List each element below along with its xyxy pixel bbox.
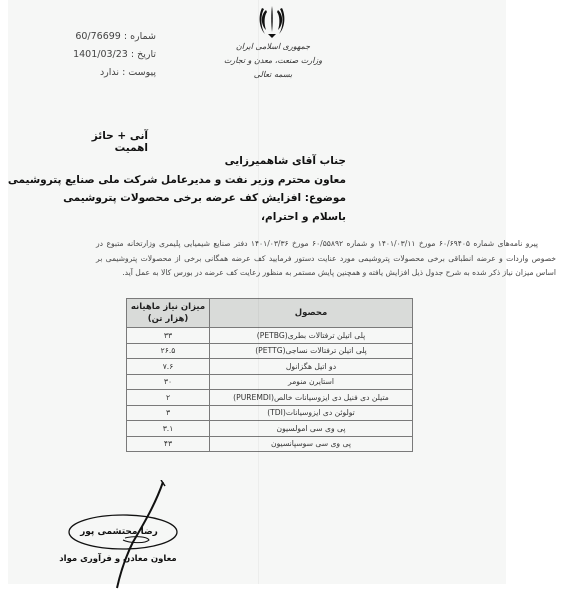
letter-attachment: پیوست : ندارد — [56, 64, 156, 82]
table-row: تولوئن دی ایزوسیانات(TDI) ۳ — [127, 405, 413, 421]
letterhead-line-republic: جمهوری اسلامی ایران — [223, 40, 323, 54]
product-cell: استایرن منومر — [210, 374, 413, 390]
product-cell: پی وی سی سوسپانسیون — [210, 436, 413, 452]
letter-meta: شماره : 60/76699 تاریخ : 1401/03/23 پیوس… — [56, 28, 156, 82]
table-row: پی وی سی سوسپانسیون ۴۳ — [127, 436, 413, 452]
recipient-block: جناب آقای شاهمیرزایی معاون محترم وزیر نف… — [6, 152, 346, 226]
letter-number: شماره : 60/76699 — [56, 28, 156, 46]
letter-body: پیرو نامه‌های شماره ۶۰/۶۹۴۰۵ مورخ ۱۴۰۱/۰… — [96, 237, 556, 281]
urgency-label: آنی + حائز اهمیت — [68, 130, 148, 154]
qty-cell: ۷.۶ — [127, 359, 210, 375]
product-cell: پلی اتیلن ترفتالات نساجی(PETTG) — [210, 343, 413, 359]
product-cell: متیلن دی فنیل دی ایزوسیانات خالص(PUREMDI… — [210, 390, 413, 406]
product-cell: پلی اتیلن ترفتالات بطری(PETBG) — [210, 328, 413, 344]
products-table: محصول میزان نیاز ماهیانه (هزار تن) پلی ا… — [126, 298, 413, 452]
qty-cell: ۳۰ — [127, 374, 210, 390]
table-row: متیلن دی فنیل دی ایزوسیانات خالص(PUREMDI… — [127, 390, 413, 406]
table-row: پلی اتیلن ترفتالات بطری(PETBG) ۳۳ — [127, 328, 413, 344]
subject-line: موضوع: افزایش کف عرضه برخی محصولات پتروش… — [6, 189, 346, 208]
iran-emblem-icon — [258, 4, 286, 38]
letter-date: تاریخ : 1401/03/23 — [56, 46, 156, 64]
header-monthly-need: میزان نیاز ماهیانه (هزار تن) — [127, 299, 210, 328]
table-header-row: محصول میزان نیاز ماهیانه (هزار تن) — [127, 299, 413, 328]
table-row: استایرن منومر ۳۰ — [127, 374, 413, 390]
letterhead-line-bismillah: بسمه تعالی — [223, 68, 323, 82]
qty-cell: ۴۳ — [127, 436, 210, 452]
qty-cell: ۳ — [127, 405, 210, 421]
signatory-title: معاون معادن و فرآوری مواد — [58, 554, 178, 564]
signatory-name: رضا محتشمی پور — [74, 527, 164, 537]
letterhead-line-ministry: وزارت صنعت، معدن و تجارت — [223, 54, 323, 68]
qty-cell: ۲۶.۵ — [127, 343, 210, 359]
letter-page: جمهوری اسلامی ایران وزارت صنعت، معدن و ت… — [8, 0, 506, 584]
greeting: باسلام و احترام، — [6, 208, 346, 227]
letterhead-text: جمهوری اسلامی ایران وزارت صنعت، معدن و ت… — [223, 40, 323, 82]
product-cell: تولوئن دی ایزوسیانات(TDI) — [210, 405, 413, 421]
product-cell: دو اتیل هگزانول — [210, 359, 413, 375]
qty-cell: ۲ — [127, 390, 210, 406]
qty-cell: ۳۳ — [127, 328, 210, 344]
table-row: پلی اتیلن ترفتالات نساجی(PETTG) ۲۶.۵ — [127, 343, 413, 359]
recipient-title: معاون محترم وزیر نفت و مدیرعامل شرکت ملی… — [6, 171, 346, 190]
header-product: محصول — [210, 299, 413, 328]
recipient-name: جناب آقای شاهمیرزایی — [6, 152, 346, 171]
product-cell: پی وی سی امولسیون — [210, 421, 413, 437]
qty-cell: ۳.۱ — [127, 421, 210, 437]
table-row: دو اتیل هگزانول ۷.۶ — [127, 359, 413, 375]
table-row: پی وی سی امولسیون ۳.۱ — [127, 421, 413, 437]
